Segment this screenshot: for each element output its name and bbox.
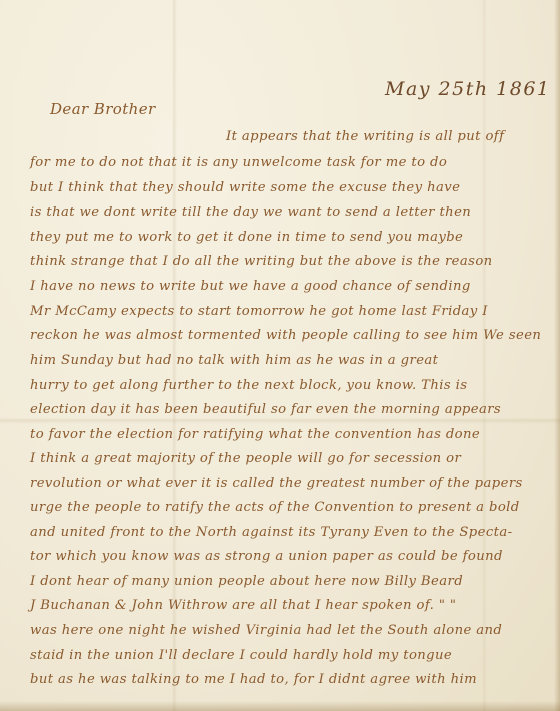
letter-page: May 25th 1861 Dear Brother It appears th… — [0, 0, 560, 711]
letter-line: hurry to get along further to the next b… — [30, 378, 560, 393]
letter-line: election day it has been beautiful so fa… — [30, 402, 560, 417]
letter-line: urge the people to ratify the acts of th… — [30, 500, 560, 515]
letter-line: Mr McCamy expects to start tomorrow he g… — [30, 304, 560, 319]
letter-line: I dont hear of many union people about h… — [30, 574, 560, 589]
letter-line: I think a great majority of the people w… — [30, 451, 560, 466]
letter-line: was here one night he wished Virginia ha… — [30, 623, 560, 638]
letter-line: is that we dont write till the day we wa… — [30, 205, 560, 220]
letter-line: It appears that the writing is all put o… — [226, 129, 560, 144]
letter-line: but I think that they should write some … — [30, 180, 560, 195]
letter-line: think strange that I do all the writing … — [30, 254, 560, 269]
letter-line: to favor the election for ratifying what… — [30, 427, 560, 442]
letter-line: they put me to work to get it done in ti… — [30, 230, 560, 245]
letter-line: reckon he was almost tormented with peop… — [30, 328, 560, 343]
letter-date: May 25th 1861 — [385, 78, 551, 100]
letter-line: staid in the union I'll declare I could … — [30, 648, 560, 663]
letter-line: J Buchanan & John Withrow are all that I… — [30, 598, 560, 613]
letter-line: and united front to the North against it… — [30, 525, 560, 540]
letter-line: for me to do not that it is any unwelcom… — [30, 155, 560, 170]
letter-line: revolution or what ever it is called the… — [30, 476, 560, 491]
letter-line: I have no news to write but we have a go… — [30, 279, 560, 294]
letter-line: him Sunday but had no talk with him as h… — [30, 353, 560, 368]
letter-line: but as he was talking to me I had to, fo… — [30, 672, 560, 687]
salutation: Dear Brother — [50, 100, 156, 118]
letter-line: tor which you know was as strong a union… — [30, 549, 560, 564]
paper-bottom-shadow — [0, 701, 560, 711]
